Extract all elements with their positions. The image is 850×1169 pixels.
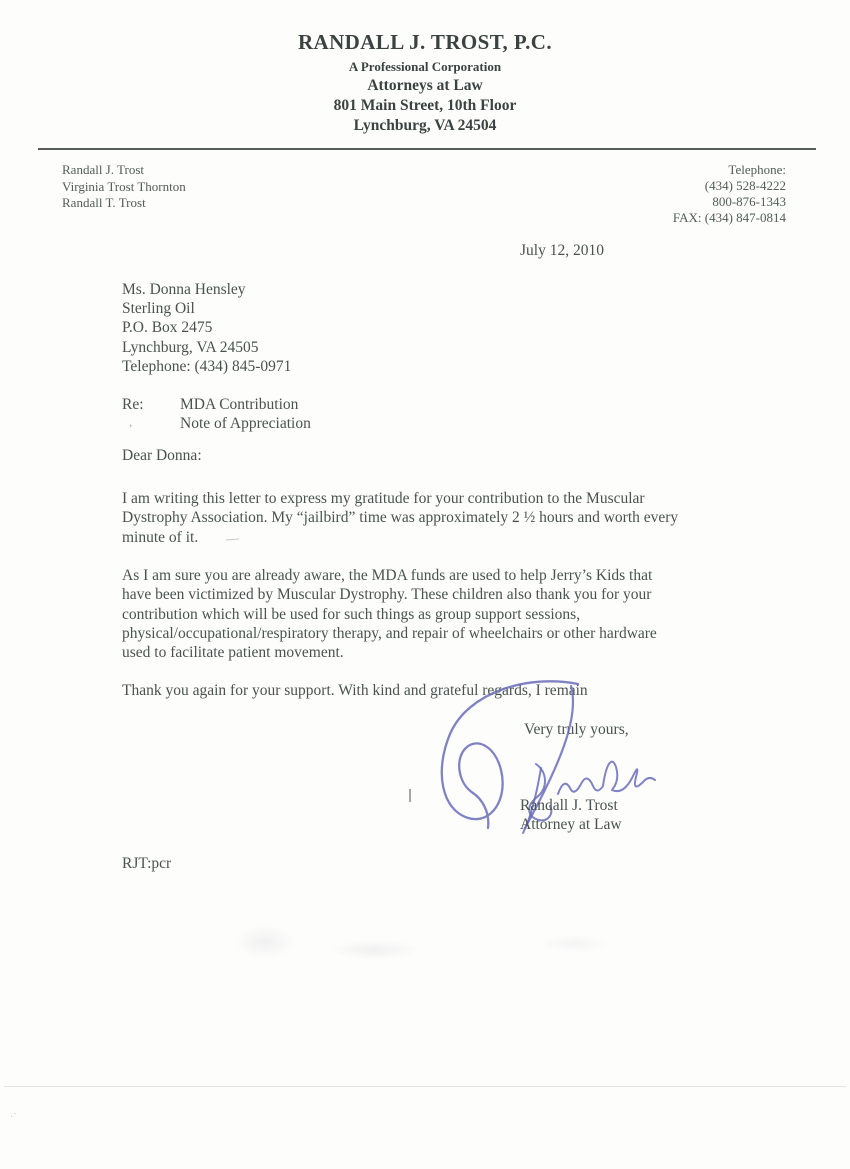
fax-number: FAX: (434) 847-0814 xyxy=(673,210,786,226)
recipient-company: Sterling Oil xyxy=(122,299,291,318)
recipient-address: Ms. Donna Hensley Sterling Oil P.O. Box … xyxy=(122,280,291,376)
scan-artifact xyxy=(409,789,411,802)
body-line: used to facilitate patient movement. xyxy=(122,643,657,662)
attorney-name: Randall J. Trost xyxy=(62,162,186,179)
re-subject-2: Note of Appreciation xyxy=(180,414,311,433)
body-line: have been victimized by Muscular Dystrop… xyxy=(122,585,657,604)
body-line: minute of it. xyxy=(122,528,678,547)
re-subject-1: MDA Contribution xyxy=(180,395,298,414)
letter-page: RANDALL J. TROST, P.C. A Professional Co… xyxy=(0,0,850,1169)
firm-name: RANDALL J. TROST, P.C. xyxy=(0,30,850,55)
street-address: 801 Main Street, 10th Floor xyxy=(0,97,850,115)
reference-initials: RJT:pcr xyxy=(122,855,171,873)
scan-artifact xyxy=(330,940,420,960)
scan-artifact xyxy=(235,925,295,959)
signature-block: Randall J. Trost Attorney at Law xyxy=(520,796,622,834)
scan-artifact xyxy=(540,935,610,953)
re-label: Re: xyxy=(122,395,180,414)
signer-title: Attorney at Law xyxy=(520,815,622,834)
corporation-line: A Professional Corporation xyxy=(0,59,850,75)
body-paragraph-1: I am writing this letter to express my g… xyxy=(122,489,678,547)
attorney-name: Virginia Trost Thornton xyxy=(62,179,186,196)
salutation: Dear Donna: xyxy=(122,447,202,465)
letterhead-divider xyxy=(38,148,816,150)
attorney-name: Randall T. Trost xyxy=(62,195,186,212)
attorney-list: Randall J. Trost Virginia Trost Thornton… xyxy=(62,162,186,212)
body-line: physical/occupational/respiratory therap… xyxy=(122,624,657,643)
scan-artifact: , xyxy=(129,414,132,430)
recipient-po-box: P.O. Box 2475 xyxy=(122,318,291,337)
contact-block: Telephone: (434) 528-4222 800-876-1343 F… xyxy=(673,162,786,226)
recipient-phone: Telephone: (434) 845-0971 xyxy=(122,357,291,376)
signer-name: Randall J. Trost xyxy=(520,796,622,815)
body-line: I am writing this letter to express my g… xyxy=(122,489,678,508)
phone-number: (434) 528-4222 xyxy=(673,178,786,194)
body-line: As I am sure you are already aware, the … xyxy=(122,566,657,585)
scan-artifact xyxy=(4,1086,846,1087)
phone-number-tollfree: 800-876-1343 xyxy=(673,194,786,210)
recipient-name: Ms. Donna Hensley xyxy=(122,280,291,299)
re-block: Re: MDA Contribution Note of Appreciatio… xyxy=(122,395,311,433)
body-line: Dystrophy Association. My “jailbird” tim… xyxy=(122,508,678,527)
telephone-label: Telephone: xyxy=(673,162,786,178)
letter-date: July 12, 2010 xyxy=(520,242,604,260)
attorneys-at-law-line: Attorneys at Law xyxy=(0,77,850,95)
city-state-zip: Lynchburg, VA 24504 xyxy=(0,117,850,135)
letterhead: RANDALL J. TROST, P.C. A Professional Co… xyxy=(0,30,850,135)
recipient-city-state-zip: Lynchburg, VA 24505 xyxy=(122,338,291,357)
body-paragraph-2: As I am sure you are already aware, the … xyxy=(122,566,657,662)
scan-artifact: ·˙ xyxy=(10,1112,17,1123)
body-line: contribution which will be used for such… xyxy=(122,605,657,624)
